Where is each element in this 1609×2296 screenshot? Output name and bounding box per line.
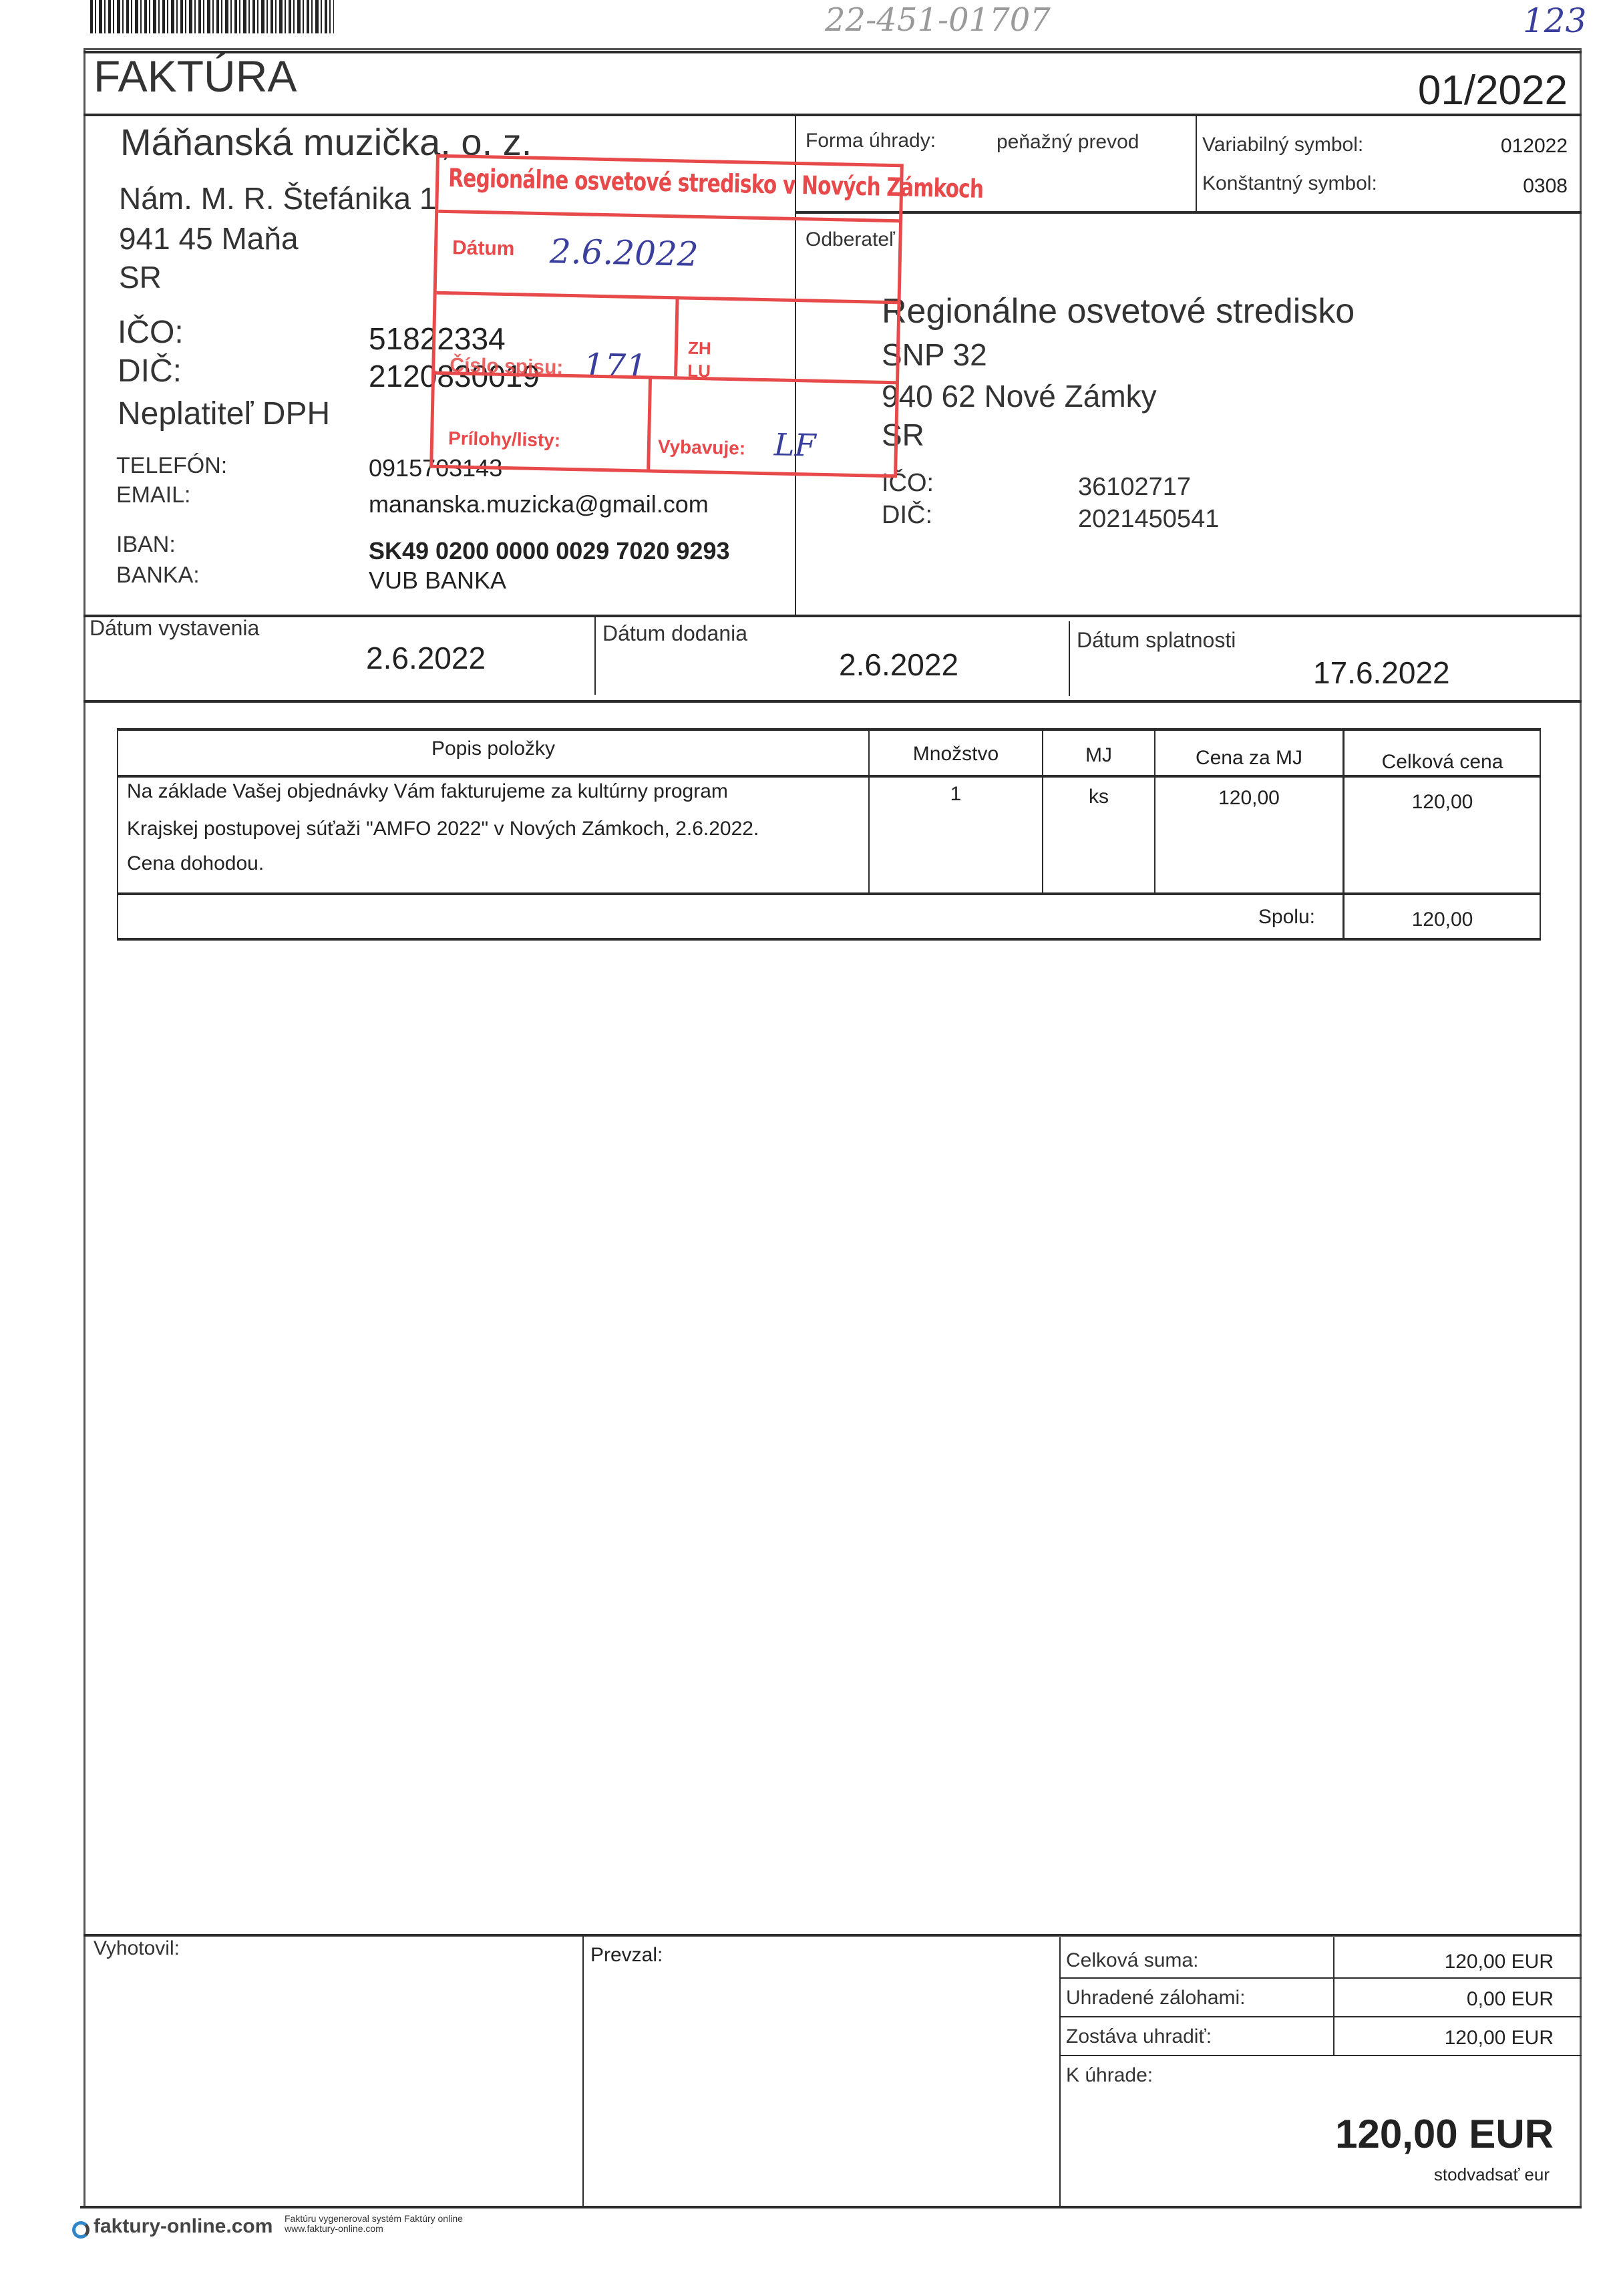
signature-divider — [582, 1935, 584, 2208]
total-sum-label: Celková suma: — [1066, 1949, 1198, 1972]
payment-divider — [1196, 114, 1197, 212]
payment-method: peňažný prevod — [997, 131, 1139, 154]
advances-label: Uhradené zálohami: — [1066, 1987, 1246, 2009]
amount-due-in-words: stodvadsať eur — [1135, 2164, 1550, 2185]
stamp-number-value: 171 — [583, 346, 648, 386]
invoice-number: 01/2022 — [1418, 67, 1568, 114]
variable-symbol: 012022 — [1501, 135, 1568, 158]
supplier-iban: SK49 0200 0000 0029 7020 9293 — [369, 537, 730, 565]
customer-dic: 2021450541 — [1078, 505, 1219, 534]
totals-value-divider — [1333, 1937, 1334, 2055]
customer-dic-label: DIČ: — [882, 501, 932, 530]
footer-generated-by: Faktúru vygeneroval systém Faktúry onlin… — [285, 2214, 463, 2234]
header-top-line — [83, 51, 1582, 53]
remaining-value: 120,00 EUR — [1336, 2027, 1554, 2049]
stamp-handled-by-value: LF — [773, 426, 816, 463]
constant-symbol: 0308 — [1523, 175, 1568, 198]
stamp-line — [437, 291, 898, 304]
issue-date-label: Dátum vystavenia — [90, 616, 259, 641]
stamp-zh-label: ZH — [688, 338, 711, 359]
received-by-label: Prevzal: — [590, 1944, 663, 1967]
bottom-line — [80, 2206, 1582, 2208]
supplier-email-label: EMAIL: — [116, 482, 190, 508]
footer-website[interactable]: www.faktury-online.com — [285, 2224, 463, 2234]
payment-bottom-line — [795, 211, 1582, 214]
supplier-bank: VUB BANKA — [369, 566, 506, 595]
stamp-date-value: 2.6.2022 — [549, 232, 699, 274]
customer-city: 940 62 Nové Zámky — [882, 378, 1157, 414]
item-total: 120,00 — [1344, 791, 1541, 814]
item-description-line: Na základe Vašej objednávky Vám fakturuj… — [127, 780, 728, 803]
supplier-dic-label: DIČ: — [118, 353, 182, 389]
stamp-handled-by-label: Vybavuje: — [658, 436, 746, 460]
supplier-ico-label: IČO: — [118, 314, 184, 351]
remaining-label: Zostáva uhradiť: — [1066, 2025, 1212, 2048]
total-sum: 120,00 EUR — [1336, 1951, 1554, 1973]
delivery-date-label: Dátum dodania — [602, 621, 747, 646]
constant-symbol-label: Konštantný symbol: — [1202, 172, 1377, 195]
delivery-date: 2.6.2022 — [839, 647, 958, 683]
registry-stamp: Regionálne osvetové stredisko v Nových Z… — [429, 154, 904, 478]
issue-date: 2.6.2022 — [366, 640, 486, 676]
table-header-line — [117, 775, 1541, 778]
customer-ico: 36102717 — [1078, 473, 1191, 502]
item-unit: ks — [1043, 786, 1154, 808]
supplier-email[interactable]: mananska.muzicka@gmail.com — [369, 490, 709, 518]
totals-line — [1059, 2055, 1582, 2056]
col-header-unit-price: Cena za MJ — [1155, 747, 1343, 770]
due-date-label: Dátum splatnosti — [1077, 628, 1236, 653]
sum-label: Spolu: — [1258, 906, 1315, 929]
stamp-attachments-label: Prílohy/listy: — [448, 428, 561, 452]
due-date: 17.6.2022 — [1313, 655, 1450, 691]
stamp-divider — [674, 296, 679, 376]
amount-due: 120,00 EUR — [1135, 2111, 1554, 2157]
totals-line — [1059, 1977, 1582, 1979]
item-unit-price: 120,00 — [1155, 787, 1343, 810]
table-top-line — [117, 728, 1541, 731]
payment-method-label: Forma úhrady: — [806, 130, 936, 152]
header-bottom-line — [83, 114, 1582, 116]
stamp-date-label: Dátum — [452, 236, 515, 261]
supplier-bank-label: BANKA: — [116, 562, 200, 589]
stamp-divider — [647, 375, 652, 469]
barcode — [90, 0, 334, 33]
dates-divider — [1069, 621, 1070, 696]
variable-symbol-label: Variabilný symbol: — [1202, 134, 1363, 156]
dates-top-line — [83, 615, 1582, 617]
item-description-line: Krajskej postupovej súťaži "AMFO 2022" v… — [127, 818, 759, 840]
supplier-vat-status: Neplatiteľ DPH — [118, 395, 330, 432]
col-header-unit: MJ — [1043, 744, 1154, 767]
issued-by-label: Vyhotovil: — [94, 1937, 180, 1960]
amount-due-label: K úhrade: — [1066, 2064, 1153, 2087]
stamp-title: Regionálne osvetové stredisko v Nových Z… — [448, 163, 984, 204]
item-quantity: 1 — [870, 783, 1042, 806]
stamp-line — [438, 210, 899, 222]
document-title: FAKTÚRA — [94, 51, 297, 102]
sum-value: 120,00 — [1344, 909, 1541, 931]
customer-name: Regionálne osvetové stredisko — [882, 291, 1355, 331]
supplier-iban-label: IBAN: — [116, 532, 176, 558]
supplier-street: Nám. M. R. Štefánika 1 — [119, 180, 437, 216]
dates-bottom-line — [83, 700, 1582, 703]
col-header-total: Celková cena — [1344, 751, 1541, 774]
item-description-line: Cena dohodou. — [127, 852, 264, 875]
handwritten-registration-number: 22-451-01707 — [825, 1, 1051, 39]
table-bottom-line — [117, 938, 1541, 941]
bottom-section-top-line — [83, 1934, 1582, 1937]
faktury-online-logo-icon — [72, 2221, 90, 2239]
col-header-quantity: Množstvo — [870, 743, 1042, 766]
supplier-city: 941 45 Maňa — [119, 220, 299, 257]
totals-line — [1059, 2016, 1582, 2017]
dates-divider — [594, 615, 596, 695]
footer-logo-text: faktury-online.com — [94, 2215, 273, 2237]
table-body-line — [117, 892, 1541, 895]
footer-logo[interactable]: faktury-online.com — [72, 2215, 273, 2239]
footer-generated-by-text: Faktúru vygeneroval systém Faktúry onlin… — [285, 2214, 463, 2224]
col-header-description: Popis položky — [118, 737, 868, 760]
handwritten-page-number: 123 — [1523, 1, 1586, 40]
supplier-phone-label: TELEFÓN: — [116, 453, 227, 479]
advances-value: 0,00 EUR — [1336, 1988, 1554, 2011]
supplier-country: SR — [119, 259, 162, 295]
